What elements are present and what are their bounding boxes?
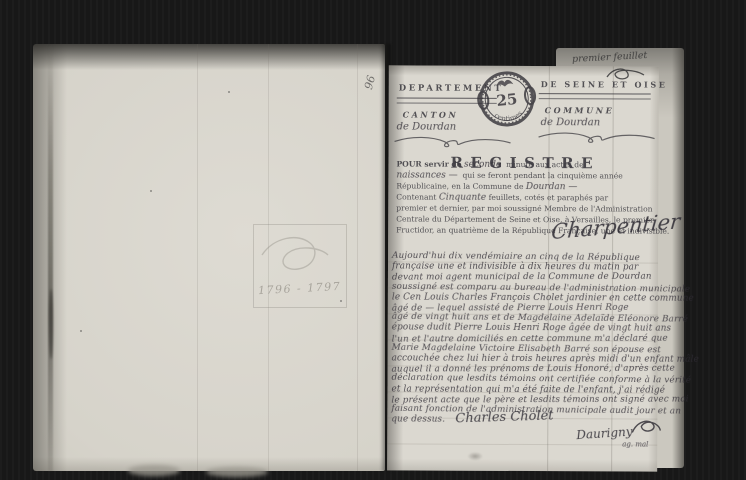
intro-print: Républicaine, en la Commune de: [396, 181, 523, 191]
act-line: soussigné est comparu au bureau de l'adm…: [392, 281, 664, 294]
intro-fill: seconde: [464, 160, 501, 170]
signature-flourish: [629, 416, 663, 438]
ink-scribble: [604, 64, 648, 84]
intro-print: qui se feront pendant la cinquième année: [463, 171, 623, 181]
scanned-register-photo: 1796 - 1797 96 DEPARTEMENT CANTON de Dou…: [0, 0, 746, 480]
revenue-stamp-icon: 25 centimes: [472, 65, 542, 133]
page-crease: [48, 44, 53, 471]
official-signature-note: ag. mal: [622, 440, 648, 448]
canton-value: de Dourdan: [397, 121, 457, 132]
stamp-value: 25: [496, 90, 519, 110]
gray-smudge: [467, 452, 483, 461]
intro-fill: naissances —: [396, 170, 457, 180]
right-page: DEPARTEMENT CANTON de Dourdan 25 centime…: [387, 65, 659, 471]
dust-speck: [340, 300, 342, 302]
left-page: 1796 - 1797: [33, 44, 385, 471]
flourish-swash: [537, 130, 659, 145]
handwritten-act: Aujourd'hui dix vendémiaire an cinq de l…: [391, 251, 664, 426]
fold-line: [357, 44, 358, 471]
canton-label: CANTON: [403, 109, 459, 119]
intro-print: POUR servir de: [396, 159, 461, 168]
intro-print: feuillets, cotés et paraphés par: [489, 193, 609, 203]
faint-scribble: [254, 225, 344, 285]
fold-line: [197, 44, 198, 471]
declarant-signature: Charles Cholet: [455, 408, 554, 426]
intro-fill: Cinquante: [439, 193, 486, 203]
page-edge-blob: [206, 467, 268, 477]
commune-value: de Dourdan: [541, 117, 601, 128]
intro-fill: Dourdan —: [526, 182, 578, 192]
ink-smear: [49, 289, 53, 359]
ruled-line: [387, 443, 657, 445]
commune-label: COMMUNE: [545, 105, 615, 115]
dust-speck: [228, 91, 230, 93]
flourish-swash: [393, 134, 515, 149]
eagle-icon: [496, 79, 514, 87]
intro-print: minute aux actes de: [506, 160, 584, 169]
double-rule: [539, 93, 651, 99]
intro-print: Contenant: [396, 192, 436, 201]
act-line: épouse dudit Pierre Louis Henri Roge âgé…: [392, 323, 664, 334]
dust-speck: [80, 330, 82, 332]
dust-speck: [150, 190, 152, 192]
page-edge-blob: [128, 465, 180, 476]
